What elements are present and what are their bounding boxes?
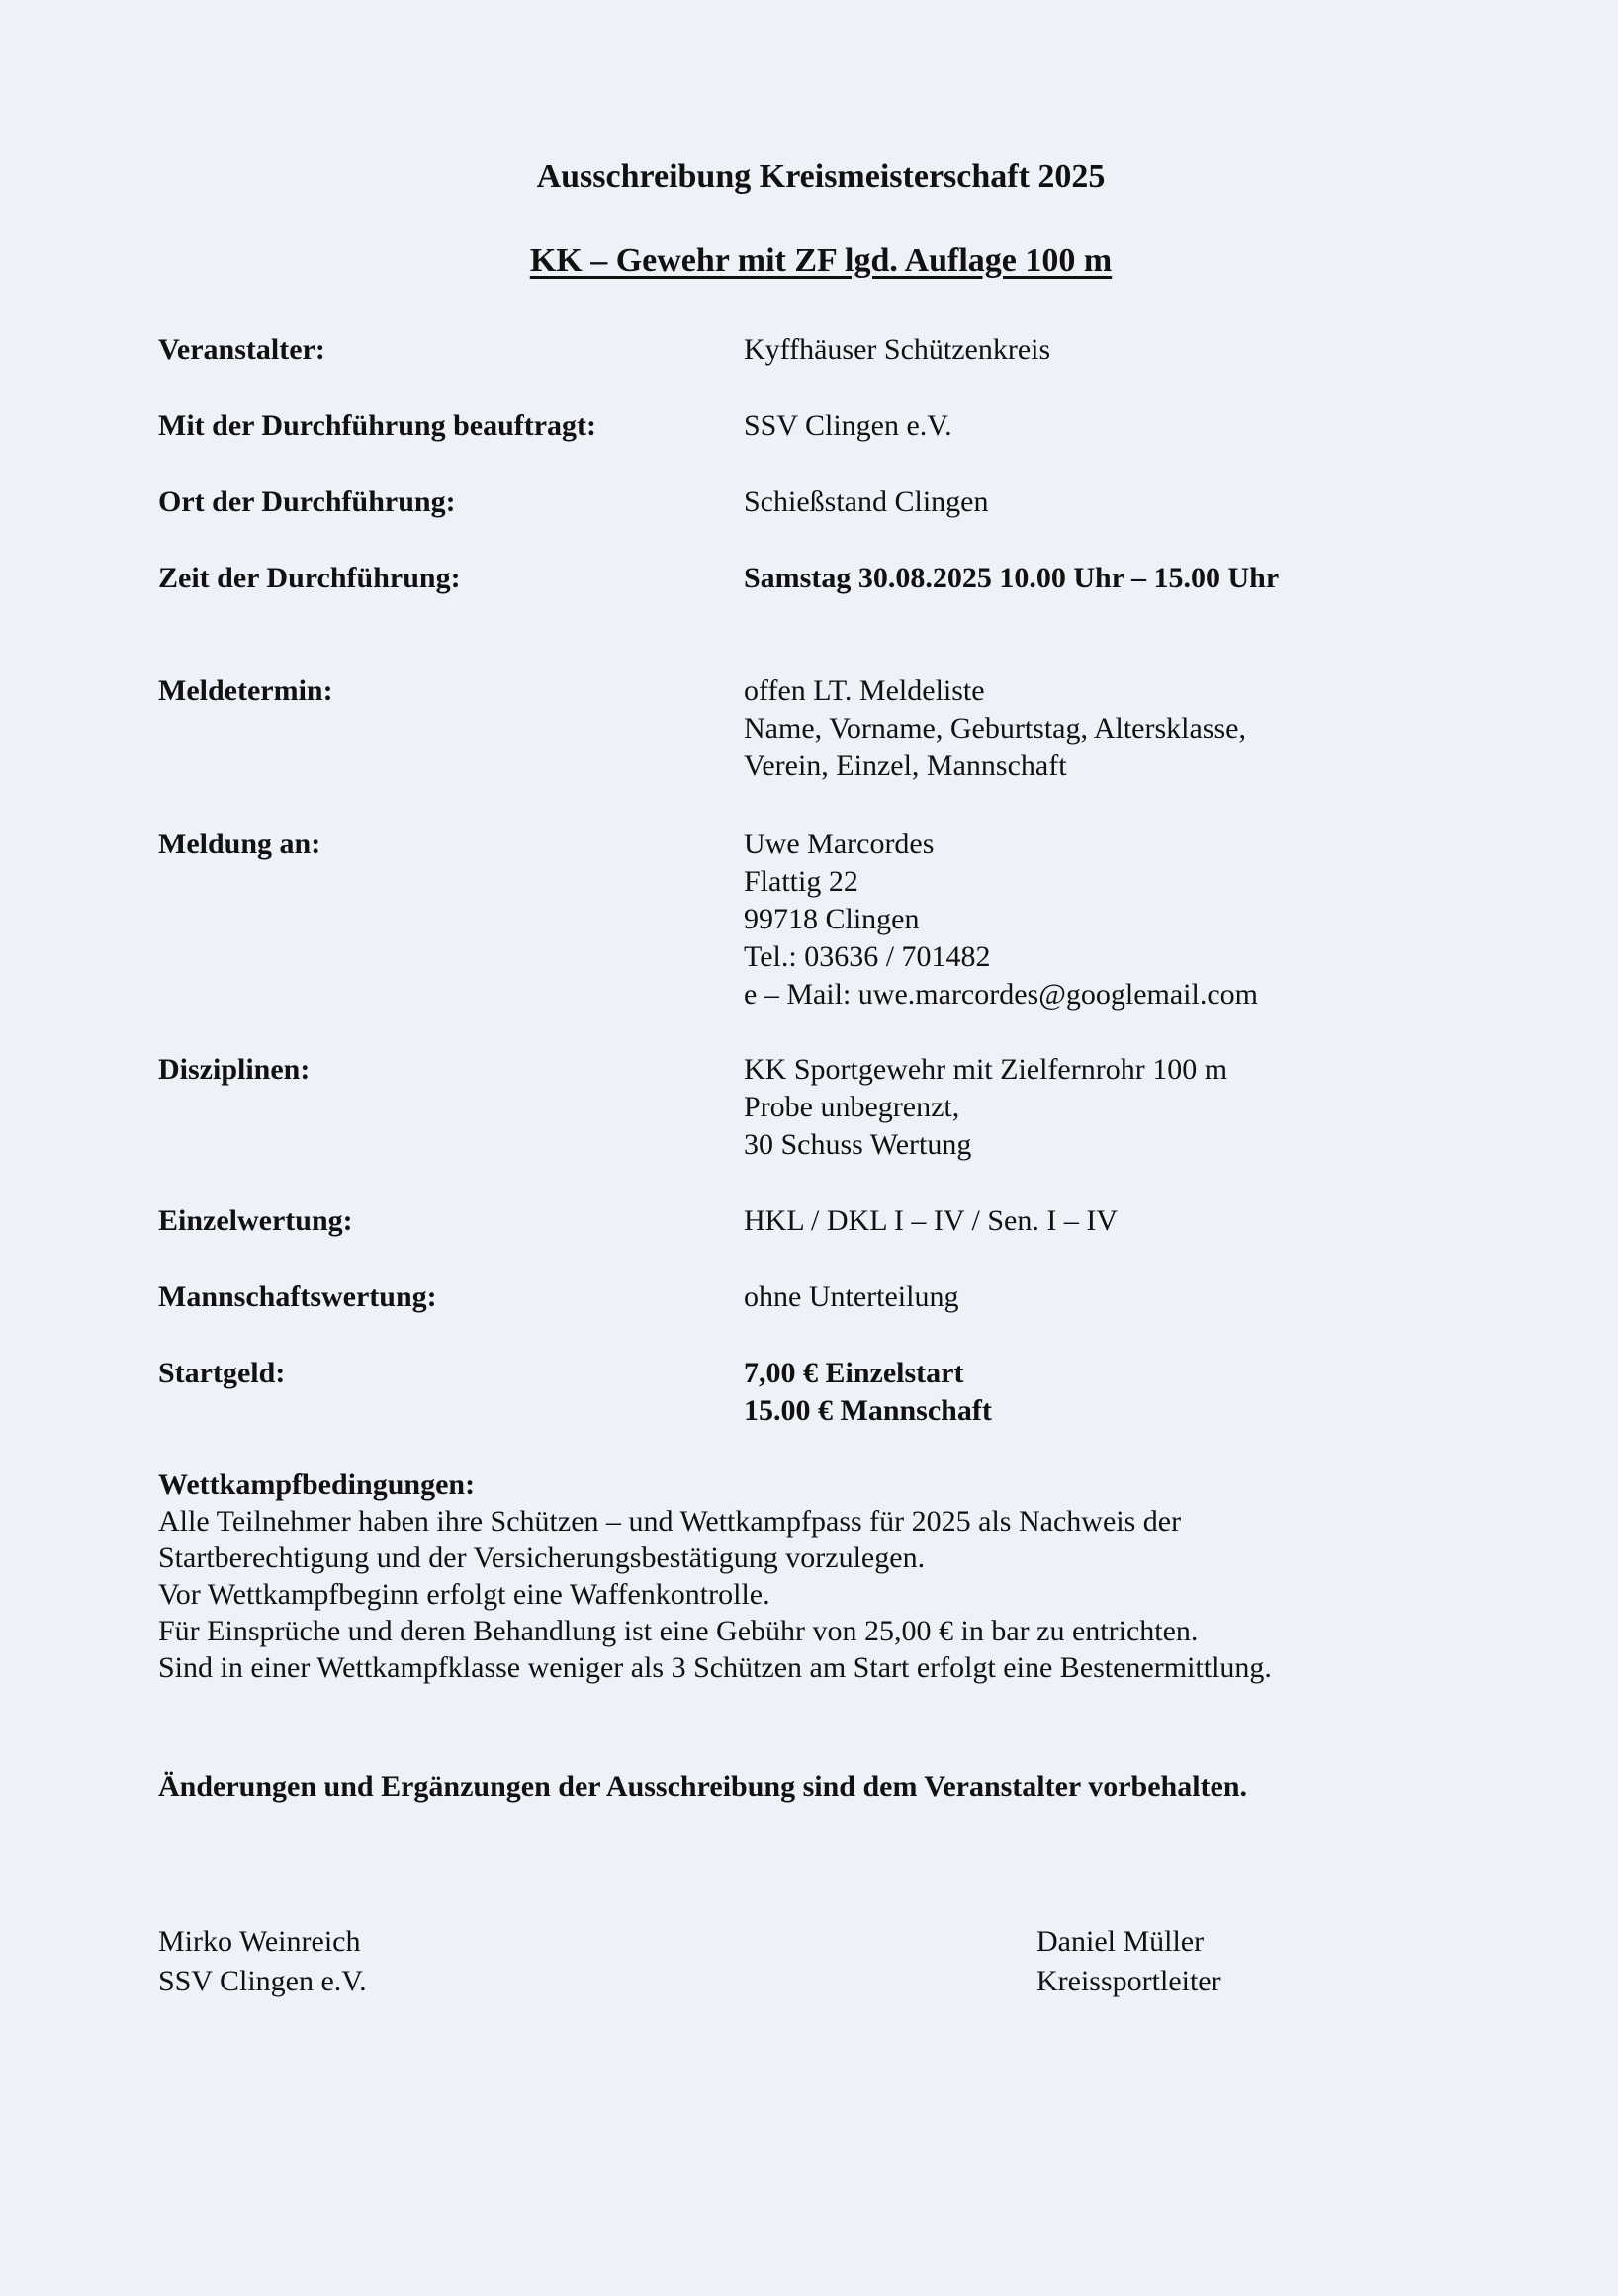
info-value-line: Probe unbegrenzt, xyxy=(744,1089,1227,1126)
document-page: Ausschreibung Kreismeisterschaft 2025 KK… xyxy=(0,0,1618,2296)
info-label: Mannschaftswertung: xyxy=(158,1279,437,1316)
conditions-heading: Wettkampfbedingungen: xyxy=(158,1466,1272,1503)
info-value-line: offen LT. Meldeliste xyxy=(744,672,1246,710)
info-value-line: HKL / DKL I – IV / Sen. I – IV xyxy=(744,1202,1118,1240)
info-value-line: SSV Clingen e.V. xyxy=(744,407,952,445)
info-value: 7,00 € Einzelstart15.00 € Mannschaft xyxy=(744,1355,992,1430)
conditions-line: Alle Teilnehmer haben ihre Schützen – un… xyxy=(158,1503,1272,1540)
info-value-line: Kyffhäuser Schützenkreis xyxy=(744,331,1050,369)
info-value-line: ohne Unterteilung xyxy=(744,1279,958,1316)
conditions-line: Für Einsprüche und deren Behandlung ist … xyxy=(158,1613,1272,1649)
info-value-line: Verein, Einzel, Mannschaft xyxy=(744,748,1246,785)
conditions-line: Vor Wettkampfbeginn erfolgt eine Waffenk… xyxy=(158,1576,1272,1613)
info-value: Kyffhäuser Schützenkreis xyxy=(744,331,1050,369)
info-value-line: 30 Schuss Wertung xyxy=(744,1126,1227,1164)
reservation-notice: Änderungen und Ergänzungen der Ausschrei… xyxy=(158,1770,1247,1804)
info-value-line: KK Sportgewehr mit Zielfernrohr 100 m xyxy=(744,1051,1227,1089)
info-value-line: 99718 Clingen xyxy=(744,901,1258,938)
signature-name: Mirko Weinreich xyxy=(158,1922,367,1962)
info-label: Veranstalter: xyxy=(158,331,325,369)
signature-left: Mirko Weinreich SSV Clingen e.V. xyxy=(158,1922,367,2001)
info-value: Schießstand Clingen xyxy=(744,484,988,521)
info-label: Mit der Durchführung beauftragt: xyxy=(158,407,596,445)
info-value-line: Tel.: 03636 / 701482 xyxy=(744,938,1258,976)
info-value-line: Uwe Marcordes xyxy=(744,826,1258,863)
info-label: Einzelwertung: xyxy=(158,1202,353,1240)
info-value-line: Flattig 22 xyxy=(744,863,1258,901)
info-label: Zeit der Durchführung: xyxy=(158,560,461,597)
info-label: Startgeld: xyxy=(158,1355,285,1392)
info-value: ohne Unterteilung xyxy=(744,1279,958,1316)
info-value: offen LT. MeldelisteName, Vorname, Gebur… xyxy=(744,672,1246,785)
info-value: HKL / DKL I – IV / Sen. I – IV xyxy=(744,1202,1118,1240)
info-label: Meldetermin: xyxy=(158,672,333,710)
signature-name: Daniel Müller xyxy=(1036,1922,1221,1962)
info-value-line: Samstag 30.08.2025 10.00 Uhr – 15.00 Uhr xyxy=(744,560,1279,597)
info-value: Uwe MarcordesFlattig 2299718 ClingenTel.… xyxy=(744,826,1258,1014)
conditions-line: Startberechtigung und der Versicherungsb… xyxy=(158,1540,1272,1576)
info-value: SSV Clingen e.V. xyxy=(744,407,952,445)
signature-role: Kreissportleiter xyxy=(1036,1962,1221,2001)
info-value-line: Schießstand Clingen xyxy=(744,484,988,521)
info-label: Meldung an: xyxy=(158,826,320,863)
info-value-line: Name, Vorname, Geburtstag, Altersklasse, xyxy=(744,710,1246,748)
info-value-line: e – Mail: uwe.marcordes@googlemail.com xyxy=(744,976,1258,1014)
info-value-line: 7,00 € Einzelstart xyxy=(744,1355,992,1392)
conditions-line: Sind in einer Wettkampfklasse weniger al… xyxy=(158,1649,1272,1686)
info-value: KK Sportgewehr mit Zielfernrohr 100 mPro… xyxy=(744,1051,1227,1164)
conditions-section: Wettkampfbedingungen: Alle Teilnehmer ha… xyxy=(158,1466,1272,1686)
info-label: Ort der Durchführung: xyxy=(158,484,456,521)
document-title: Ausschreibung Kreismeisterschaft 2025 xyxy=(0,158,1618,196)
document-subtitle: KK – Gewehr mit ZF lgd. Auflage 100 m xyxy=(0,242,1618,280)
signature-role: SSV Clingen e.V. xyxy=(158,1962,367,2001)
signature-right: Daniel Müller Kreissportleiter xyxy=(1036,1922,1221,2001)
info-label: Disziplinen: xyxy=(158,1051,310,1089)
info-value: Samstag 30.08.2025 10.00 Uhr – 15.00 Uhr xyxy=(744,560,1279,597)
info-value-line: 15.00 € Mannschaft xyxy=(744,1392,992,1430)
